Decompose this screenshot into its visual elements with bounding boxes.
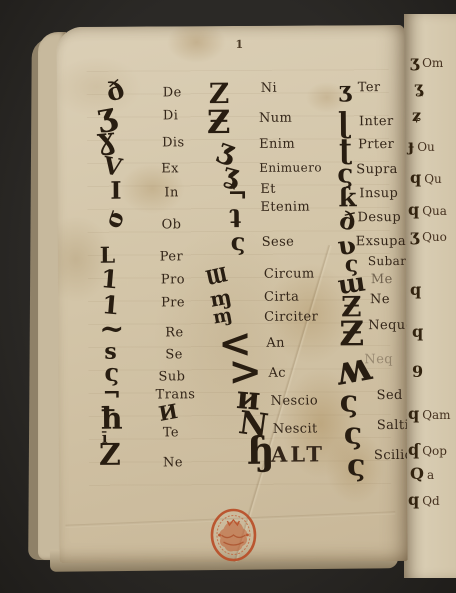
- latin-prefix: Di: [163, 108, 178, 123]
- latin-adverb: Exsupa: [356, 234, 406, 249]
- column-prefix-signs: ðʒɣVIσL11~sς¬ħīZИ: [56, 25, 404, 27]
- tironian-glyph: ʇ: [228, 200, 241, 230]
- latin-adverb: Neque: [368, 319, 407, 332]
- facing-page-fragment: qQua: [408, 202, 447, 218]
- tironian-glyph: I: [110, 179, 121, 203]
- column-adverbs: TerInterPrterSupraInsupDesupExsupaSubarM…: [56, 25, 404, 27]
- latin-prefix: Dis: [162, 135, 185, 150]
- latin-prefix: Re: [165, 325, 183, 340]
- latin-word: Sese: [262, 235, 295, 250]
- latin-prefix: Ne: [163, 456, 183, 469]
- tironian-glyph: ς: [347, 448, 365, 483]
- tironian-glyph: ς: [231, 230, 246, 254]
- latin-adverb: Sed: [377, 389, 403, 402]
- latin-word: Ac: [268, 366, 286, 381]
- facing-page-fragment: ʓ: [414, 80, 426, 96]
- latin-prefix: Ex: [161, 162, 179, 175]
- latin-word: ALT: [271, 443, 325, 464]
- latin-word: Enimuero: [259, 161, 322, 173]
- latin-prefix: Dis: [162, 136, 185, 149]
- tironian-glyph: q: [408, 404, 419, 423]
- latin-prefix: Re: [165, 326, 183, 339]
- latin-adverb: Ter: [358, 80, 381, 95]
- facing-page-fragment: Qd: [422, 494, 440, 508]
- latin-word: Et: [260, 182, 276, 197]
- latin-prefix: Se: [165, 348, 182, 361]
- latin-word: Sese: [262, 236, 295, 249]
- latin-word: Num: [259, 112, 292, 125]
- column-words: NiNumEnimEnimueroEtEtenimSeseCircumCirta…: [56, 25, 404, 27]
- latin-prefix: Pre: [161, 296, 185, 309]
- latin-word: Circiter: [264, 310, 318, 323]
- latin-prefix: Trans: [156, 388, 196, 401]
- latin-adverb: Neq: [364, 352, 393, 367]
- tironian-glyph: ς: [344, 419, 362, 449]
- tironian-glyph: ς: [231, 227, 246, 256]
- latin-adverb: Me: [371, 273, 393, 286]
- facing-page-fragment: ʒQuo: [410, 228, 447, 244]
- latin-prefix: Pro: [161, 272, 185, 287]
- facing-page-fragment: 9: [412, 364, 426, 380]
- tironian-glyph: q: [408, 490, 419, 509]
- facing-page-fragment: Qu: [424, 172, 442, 186]
- manuscript-photo: ʒOmʓʑɟOuqQuqQuaʒQuoqq9qQamʠQopQaqQd 1 ðʒ…: [0, 0, 456, 593]
- latin-word: Circum: [264, 266, 315, 281]
- latin-word: Cirta: [264, 290, 299, 305]
- facing-page-fragment: ʒOm: [410, 54, 443, 70]
- facing-page: ʒOmʓʑɟOuqQuqQuaʒQuoqq9qQamʠQopQaqQd: [404, 14, 456, 578]
- latin-word: Ac: [268, 367, 286, 380]
- tironian-glyph: ʒ: [410, 226, 419, 245]
- tironian-glyph: q: [410, 280, 421, 299]
- latin-word: Etenim: [260, 201, 310, 214]
- latin-prefix: Per: [160, 250, 183, 263]
- latin-word: Cirta: [264, 291, 299, 304]
- tironian-glyph: ς: [344, 416, 362, 451]
- latin-adverb: Exsupa: [356, 235, 406, 248]
- latin-adverb: Neque: [368, 318, 407, 333]
- latin-prefix: Ob: [162, 217, 182, 232]
- tironian-glyph: ς: [340, 384, 358, 419]
- tironian-glyph: ʑ: [412, 106, 421, 125]
- latin-word: Num: [259, 111, 292, 126]
- tironian-glyph: Q: [410, 464, 424, 483]
- facing-page-fragment: Qua: [422, 204, 447, 218]
- column-word-signs: ZƵʒʓ¬ʇςƜɱɱ<>иNɧ: [56, 25, 404, 27]
- latin-adverb: Subar: [368, 255, 407, 267]
- latin-prefix: Trans: [156, 387, 196, 402]
- facing-page-fragment: qQam: [408, 406, 451, 422]
- latin-adverb: Scilic: [374, 449, 408, 462]
- latin-prefix: Pro: [161, 273, 185, 286]
- latin-word: Enim: [259, 138, 295, 151]
- facing-page-fragment: Qam: [422, 408, 450, 422]
- tironian-glyph: ʓ: [414, 78, 423, 97]
- latin-prefix: De: [163, 85, 182, 100]
- latin-adverb: Subar: [368, 254, 407, 268]
- tironian-glyph: ς: [347, 451, 365, 481]
- facing-page-fragment: qQu: [410, 170, 442, 186]
- latin-adverb: Prter: [358, 137, 394, 152]
- latin-adverb: Inter: [359, 115, 394, 128]
- latin-adverb: Desup: [357, 210, 401, 225]
- tironian-glyph: I: [110, 176, 121, 205]
- tironian-glyph: ʠ: [408, 440, 419, 459]
- latin-prefix: Pre: [161, 295, 185, 310]
- latin-word: Circum: [264, 267, 315, 280]
- latin-adverb: Me: [371, 272, 393, 287]
- latin-word: Nescio: [271, 393, 318, 408]
- facing-page-fragment: ʑ: [412, 108, 424, 124]
- tironian-glyph: И: [157, 399, 180, 426]
- latin-prefix: Te: [163, 425, 179, 440]
- facing-page-fragment: Om: [422, 56, 443, 70]
- facing-page-fragment: ʠQop: [408, 442, 447, 458]
- latin-prefix: Di: [163, 109, 178, 122]
- tironian-glyph: q: [410, 168, 421, 187]
- folio-number: 1: [235, 38, 243, 51]
- column-prefixes: DeDiDisExInObPerProPreReSeSubTransTeNe: [56, 25, 404, 27]
- tironian-glyph: ʇ: [228, 202, 241, 228]
- latin-word: ALT: [271, 441, 325, 466]
- facing-page-fragment: a: [427, 468, 434, 482]
- latin-adverb: Supra: [356, 162, 398, 177]
- latin-adverb: Insup: [359, 186, 398, 201]
- latin-prefix: Ne: [163, 455, 183, 470]
- facing-page-fragment: q: [412, 324, 426, 340]
- latin-word: Nescio: [271, 394, 318, 407]
- facing-page-fragment: Ou: [417, 140, 435, 154]
- tironian-glyph: Z: [99, 438, 121, 473]
- latin-adverb: Ter: [358, 81, 381, 94]
- latin-word: Enimuero: [259, 160, 322, 174]
- latin-word: Etenim: [260, 200, 310, 215]
- library-stamp-icon: [209, 508, 257, 562]
- latin-word: An: [266, 336, 285, 351]
- latin-word: Ni: [261, 81, 277, 96]
- tironian-glyph: ʒ: [339, 79, 352, 101]
- latin-adverb: Scilic: [374, 448, 408, 463]
- facing-page-fragment: Quo: [422, 230, 447, 244]
- latin-prefix: Ob: [162, 218, 182, 231]
- tironian-glyph: И: [157, 401, 179, 424]
- latin-prefix: Se: [165, 347, 182, 362]
- latin-prefix: Ex: [161, 161, 179, 176]
- facing-page-fragment: ɟOu: [408, 138, 435, 154]
- tironian-glyph: 1: [100, 266, 119, 292]
- latin-word: Et: [260, 183, 276, 196]
- latin-word: Circiter: [264, 309, 318, 324]
- latin-prefix: Per: [160, 249, 183, 264]
- tironian-glyph: ʒ: [410, 52, 419, 71]
- tironian-glyph: Z: [99, 441, 121, 471]
- latin-adverb: Sed: [377, 388, 403, 403]
- facing-page-fragment: Qop: [422, 444, 447, 458]
- latin-word: Ni: [261, 82, 277, 95]
- latin-adverb: Inter: [359, 114, 394, 129]
- latin-adverb: Desup: [357, 211, 401, 224]
- latin-adverb: Ne: [370, 293, 390, 306]
- facing-page-fragment: qQd: [408, 492, 440, 508]
- latin-adverb: Neq: [364, 353, 393, 366]
- latin-adverb: Ne: [370, 292, 390, 307]
- tironian-glyph: q: [412, 322, 423, 341]
- latin-word: An: [266, 337, 285, 350]
- latin-word: Nescit: [273, 421, 318, 436]
- facing-page-fragment: Qa: [410, 466, 434, 482]
- latin-word: Enim: [259, 137, 295, 152]
- facing-page-fragment: q: [410, 282, 424, 298]
- tironian-glyph: 9: [412, 362, 423, 381]
- latin-prefix: De: [163, 86, 182, 99]
- latin-adverb: Supra: [356, 163, 398, 176]
- tironian-glyph: q: [408, 200, 419, 219]
- latin-prefix: Sub: [158, 369, 185, 384]
- latin-adverb: Prter: [358, 138, 394, 151]
- tironian-glyph: ς: [340, 387, 358, 417]
- manuscript-page: 1 ðʒɣVIσL11~sς¬ħīZИ DeDiDisExInObPerProP…: [56, 25, 407, 563]
- latin-adverb: Insup: [359, 187, 398, 200]
- latin-prefix: Sub: [158, 370, 185, 383]
- latin-word: Nescit: [273, 422, 318, 435]
- tironian-glyph: ɟ: [408, 136, 414, 155]
- column-adverb-signs: ʒɭʈςƙðʋςɯƵƵʍςςς: [56, 25, 404, 27]
- latin-adverb: Salti: [377, 419, 408, 432]
- tironian-glyph: ʒ: [339, 77, 352, 103]
- latin-adverb: Salti: [377, 418, 408, 433]
- latin-prefix: Te: [163, 426, 179, 439]
- latin-prefix: In: [164, 186, 178, 199]
- latin-prefix: In: [164, 185, 178, 200]
